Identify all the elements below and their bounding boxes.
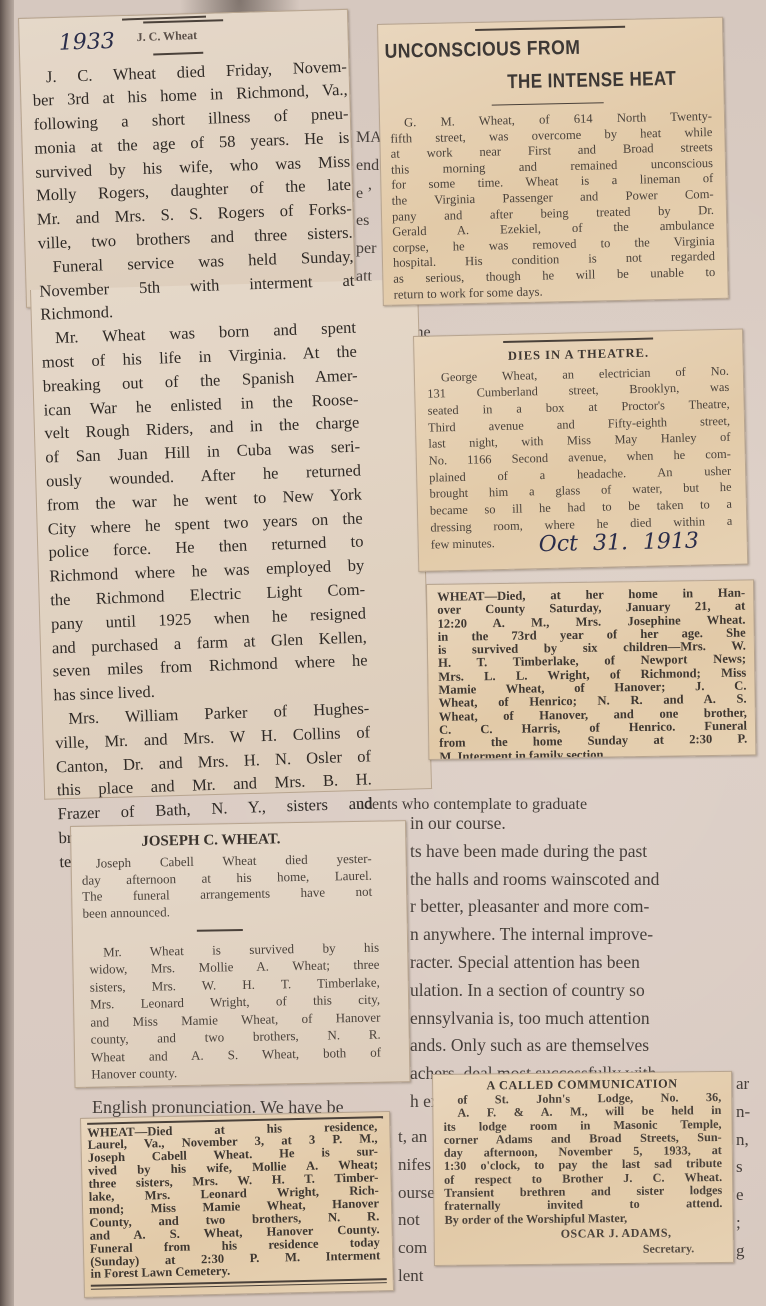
background-text-line: not (398, 1206, 435, 1234)
background-text-line: n, (736, 1126, 750, 1154)
signature-name: OSCAR J. ADAMS, (561, 1225, 733, 1242)
called-communication-body: of St. John's Lodge, No. 36,A. F. & A. M… (443, 1091, 722, 1227)
background-text-line: n anywhere. The internal improve- (410, 921, 659, 949)
background-text-line: ar (736, 1070, 750, 1098)
jc-wheat-body: J. C. Wheat died Friday, Novem-ber 3rd a… (32, 54, 375, 874)
background-text-line: ands. Only such as are themselves (410, 1032, 659, 1060)
headline-2: THE INTENSE HEAT (507, 67, 691, 94)
text-line: Hanover county. (91, 1061, 381, 1084)
dies-in-theatre-body: George Wheat, an electrician of No.131 C… (427, 362, 733, 553)
wheat-residence-body: WHEAT—Died at his residence,Laurel, Va.,… (87, 1120, 380, 1281)
background-text-line: t, an (398, 1123, 435, 1151)
signature-title: Secretary. (643, 1241, 733, 1257)
handwritten-year: 1933 (58, 29, 115, 56)
clipping-wheat-died-residence: WHEAT—Died at his residence,Laurel, Va.,… (80, 1111, 394, 1298)
background-lower-right-fragments: arn-n,se;g (736, 1070, 750, 1265)
handwritten-date: Oct 31. 1913 (538, 529, 699, 558)
clipping-called-communication: A CALLED COMMUNICATION of St. John's Lod… (432, 1071, 734, 1266)
jc-wheat-text-block: 1933 J. C. Wheat J. C. Wheat died Friday… (24, 8, 384, 884)
unconscious-body: G. M. Wheat, of 614 North Twenty-fifth s… (390, 109, 716, 303)
clipping-joseph-c-wheat: JOSEPH C. WHEAT. Joseph Cabell Wheat die… (70, 820, 411, 1088)
clipping-unconscious-heat: UNCONSCIOUS FROM THE INTENSE HEAT G. M. … (377, 17, 729, 306)
clipping-title: J. C. Wheat (136, 28, 197, 45)
clipping-josephine-wheat: WHEAT—Died, at her home in Han-over Coun… (426, 579, 756, 760)
background-text-line: s (736, 1153, 750, 1181)
background-text-line: the halls and rooms wainscoted and (410, 866, 659, 894)
headline-1: UNCONSCIOUS FROM (384, 34, 682, 63)
background-text-line: nifes (398, 1151, 435, 1179)
background-text-line: com (398, 1234, 435, 1262)
background-text-line: in our course. (410, 810, 659, 838)
clipping-title: DIES IN A THEATRE. (414, 343, 742, 365)
background-text-line: g (736, 1237, 750, 1265)
background-text-line: e (736, 1181, 750, 1209)
background-text-line: ourse (398, 1179, 435, 1207)
background-page-text: in our course.ts have been made during t… (410, 810, 659, 1116)
background-text-line: ; (736, 1209, 750, 1237)
background-text-line: ts have been made during the past (410, 838, 659, 866)
joseph-c-wheat-para-2: Mr. Wheat is survived by hiswidow, Mrs. … (89, 938, 381, 1083)
background-text-line: r better, pleasanter and more com- (410, 893, 659, 921)
background-text-line: n- (736, 1098, 750, 1126)
joseph-c-wheat-para-1: Joseph Cabell Wheat died yester-day afte… (82, 851, 373, 922)
background-text-line: ennsylvania is, too much attention (410, 1005, 659, 1033)
josephine-wheat-body: WHEAT—Died, at her home in Han-over Coun… (437, 587, 747, 760)
background-text-line: ulation. In a section of country so (410, 977, 659, 1005)
clipping-dies-in-theatre: DIES IN A THEATRE. George Wheat, an elec… (413, 329, 748, 572)
background-lower-left-fragments: t, annifesoursenotcomlent (398, 1123, 435, 1290)
clipping-title: JOSEPH C. WHEAT. (141, 829, 405, 851)
background-text-line: lent (398, 1262, 435, 1290)
background-text-line: racter. Special attention has been (410, 949, 659, 977)
